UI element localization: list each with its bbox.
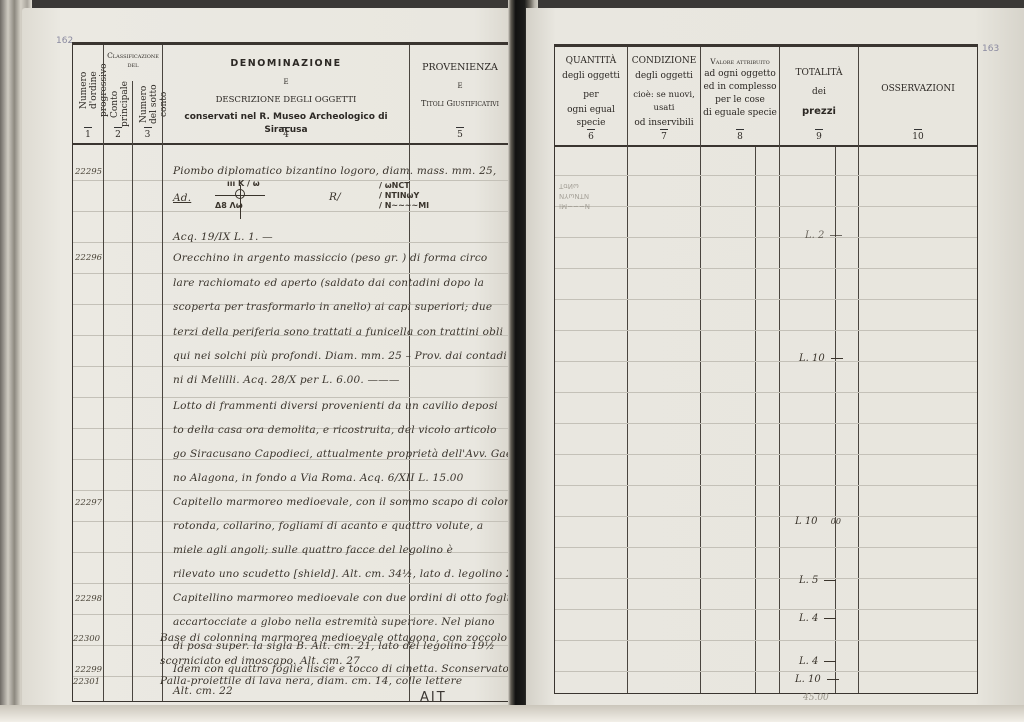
header-col-1: Numero d'ordine progressivo 1 [73, 45, 103, 145]
header-col-6: QUANTITÀ degli oggetti per ogni egual sp… [555, 47, 627, 147]
inscription-line: / ωNCT [379, 181, 410, 191]
entry-number: 22299 [75, 665, 102, 675]
entry-number: 22297 [75, 498, 102, 508]
entry-line: Lotto di frammenti diversi provenienti d… [173, 400, 498, 412]
entry-line: lare rachiomato ed aperto (saldato dai c… [173, 277, 484, 289]
right-page: 163 QUANTITÀ degli oggetti per ogni egua… [526, 8, 1024, 708]
entry-line: Capitellino marmoreo medioevale con due … [173, 592, 517, 604]
entry-line: qui nei solchi più profondi. Diam. mm. 2… [173, 350, 507, 362]
bleed-through-text: TσNω [559, 181, 579, 190]
inscription-line: / NTINωY [379, 191, 419, 201]
entry-number: 22301 [73, 677, 100, 687]
verso-label: R/ [329, 191, 341, 203]
book-bottom-edge [0, 705, 1024, 722]
entry-number: 22298 [75, 594, 102, 604]
bleed-through-text: IM~~~И [559, 201, 590, 210]
right-register-table: QUANTITÀ degli oggetti per ogni egual sp… [554, 44, 978, 694]
header-col-8: Valore attribuito ad ogni oggetto ed in … [701, 47, 779, 147]
entry-line: Orecchino in argento massiccio (peso gr.… [173, 252, 487, 264]
monogram-cross: ııı K / ω Δ8 Λω [211, 179, 277, 223]
entry-line: Palla-proiettile di lava nera, diam. cm.… [160, 675, 462, 687]
entry-line: miele agli angoli; sulle quattro facce d… [173, 544, 453, 556]
price-amount: L. 10 [795, 674, 839, 685]
folio-number-right: 163 [982, 44, 999, 54]
entry-line: Piombo diplomatico bizantino logoro, dia… [173, 165, 496, 177]
header-col-3: Numero del sotto conto 3 [133, 45, 162, 145]
entry-line: terzi della periferia sono trattati a fu… [173, 326, 503, 338]
entry-line: scorniciato ed imoscapo. Alt. cm. 27 [160, 655, 360, 667]
inscription-line: / N~~~~MI [379, 201, 429, 211]
pencil-mark: AIT [420, 690, 447, 705]
header-col-2: Conto principale 2 [104, 45, 132, 145]
entry-line: Capitello marmoreo medioevale, con il so… [173, 496, 524, 508]
entry-line: Base di colonnina marmorea medioevale ot… [160, 632, 507, 644]
entry-line: accartocciate a globo nella estremità su… [173, 616, 495, 628]
price-amount: L. 2 [805, 230, 842, 241]
entry-line: Acq. 19/IX L. 1. — [173, 231, 273, 243]
entry-line: go Siracusano Capodieci, attualmente pro… [173, 448, 523, 460]
left-register-table: Numero d'ordine progressivo 1 Classifica… [72, 42, 510, 702]
left-page: 162 Numero d'ordine progressivo 1 Classi… [22, 8, 514, 708]
entry-line: scoperta per trasformarlo in anello) ai … [173, 301, 492, 313]
entry-line: no Alagona, in fondo a Via Roma. Acq. 6/… [173, 472, 464, 484]
folio-number-left: 162 [56, 36, 73, 46]
price-amount: L. 5 [799, 575, 836, 586]
price-amount: L. 10 [799, 353, 843, 364]
entry-number: 22300 [73, 634, 100, 644]
price-amount: L. 4 [799, 656, 836, 667]
page-total: 45.00 [803, 693, 829, 703]
entry-line: rilevato uno scudetto [shield]. Alt. cm.… [173, 568, 520, 580]
recto-label: Ad. [173, 192, 191, 204]
entry-line: rotonda, collarino, fogliami di acanto e… [173, 520, 483, 532]
header-col-4: DENOMINAZIONE E DESCRIZIONE DEGLI OGGETT… [163, 45, 409, 145]
price-amount: L 10 00 [795, 516, 841, 527]
header-col-5: PROVENIENZA E Titoli Giustificativi 5 [410, 45, 510, 145]
price-amount: L. 4 [799, 613, 836, 624]
header-col-7: CONDIZIONE degli oggetti cioè: se nuovi,… [628, 47, 700, 147]
header-col-9: TOTALITÀ dei prezzi 9 [780, 47, 858, 147]
entry-number: 22295 [75, 167, 102, 177]
entry-line: ni di Melilli. Acq. 28/X per L. 6.00. ——… [173, 374, 400, 386]
entry-number: 22296 [75, 253, 102, 263]
bleed-through-text: ИΥωИТИ [559, 191, 589, 200]
entry-line: to della casa ora demolita, e ricostruit… [173, 424, 497, 436]
header-col-10: OSSERVAZIONI 10 [859, 47, 977, 147]
